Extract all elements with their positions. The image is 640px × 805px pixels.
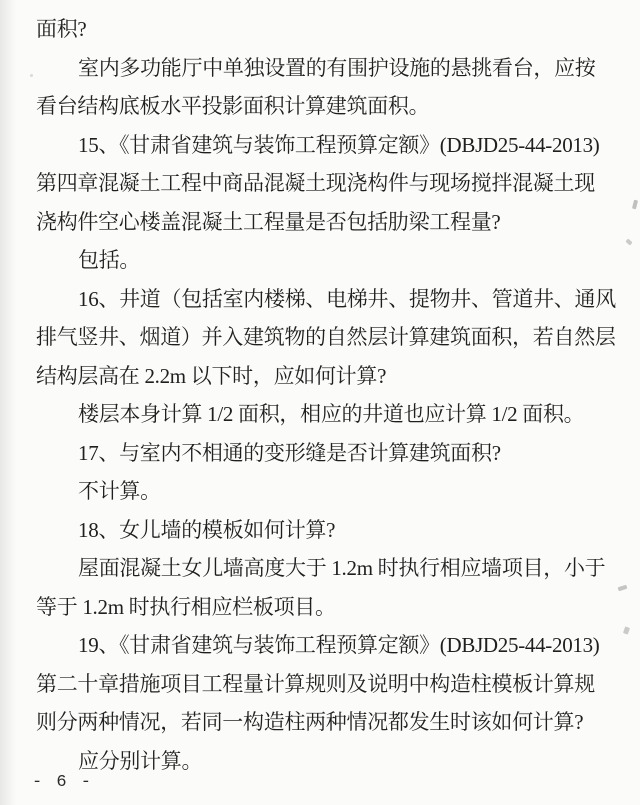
document-text-block: 面积? 室内多功能厅中单独设置的有围护设施的悬挑看台，应按 看台结构底板水平投影… [0, 9, 630, 779]
text-line: 面积? [0, 9, 630, 48]
text-line: 15、《甘肃省建筑与装饰工程预算定额》(DBJD25-44-2013) [0, 125, 630, 164]
text-line: 等于 1.2m 时执行相应栏板项目。 [0, 587, 630, 626]
text-line: 第二十章措施项目工程量计算规则及说明中构造柱模板计算规 [0, 664, 630, 703]
text-line: 不计算。 [0, 471, 630, 510]
text-line: 包括。 [0, 240, 630, 279]
text-line: 排气竖井、烟道）并入建筑物的自然层计算建筑面积，若自然层 [0, 317, 630, 356]
text-line: 浇构件空心楼盖混凝土工程量是否包括肋梁工程量? [0, 202, 630, 241]
text-line: 16、井道（包括室内楼梯、电梯井、提物井、管道井、通风 [0, 279, 630, 318]
text-line: 室内多功能厅中单独设置的有围护设施的悬挑看台，应按 [0, 48, 630, 87]
text-line: 18、女儿墙的模板如何计算? [0, 510, 630, 549]
text-line: 楼层本身计算 1/2 面积，相应的井道也应计算 1/2 面积。 [0, 394, 630, 433]
text-line: 17、与室内不相通的变形缝是否计算建筑面积? [0, 433, 630, 472]
text-line: 结构层高在 2.2m 以下时，应如何计算? [0, 356, 630, 395]
text-line: 第四章混凝土工程中商品混凝土现浇构件与现场搅拌混凝土现 [0, 163, 630, 202]
text-line: 19、《甘肃省建筑与装饰工程预算定额》(DBJD25-44-2013) [0, 625, 630, 664]
scan-speck [632, 200, 638, 210]
scanned-document-page: 面积? 室内多功能厅中单独设置的有围护设施的悬挑看台，应按 看台结构底板水平投影… [0, 0, 640, 805]
page-number: - 6 - [32, 773, 93, 792]
text-line: 应分别计算。 [0, 741, 630, 780]
text-line: 则分两种情况，若同一构造柱两种情况都发生时该如何计算? [0, 702, 630, 741]
text-line: 看台结构底板水平投影面积计算建筑面积。 [0, 86, 630, 125]
text-line: 屋面混凝土女儿墙高度大于 1.2m 时执行相应墙项目，小于 [0, 548, 630, 587]
